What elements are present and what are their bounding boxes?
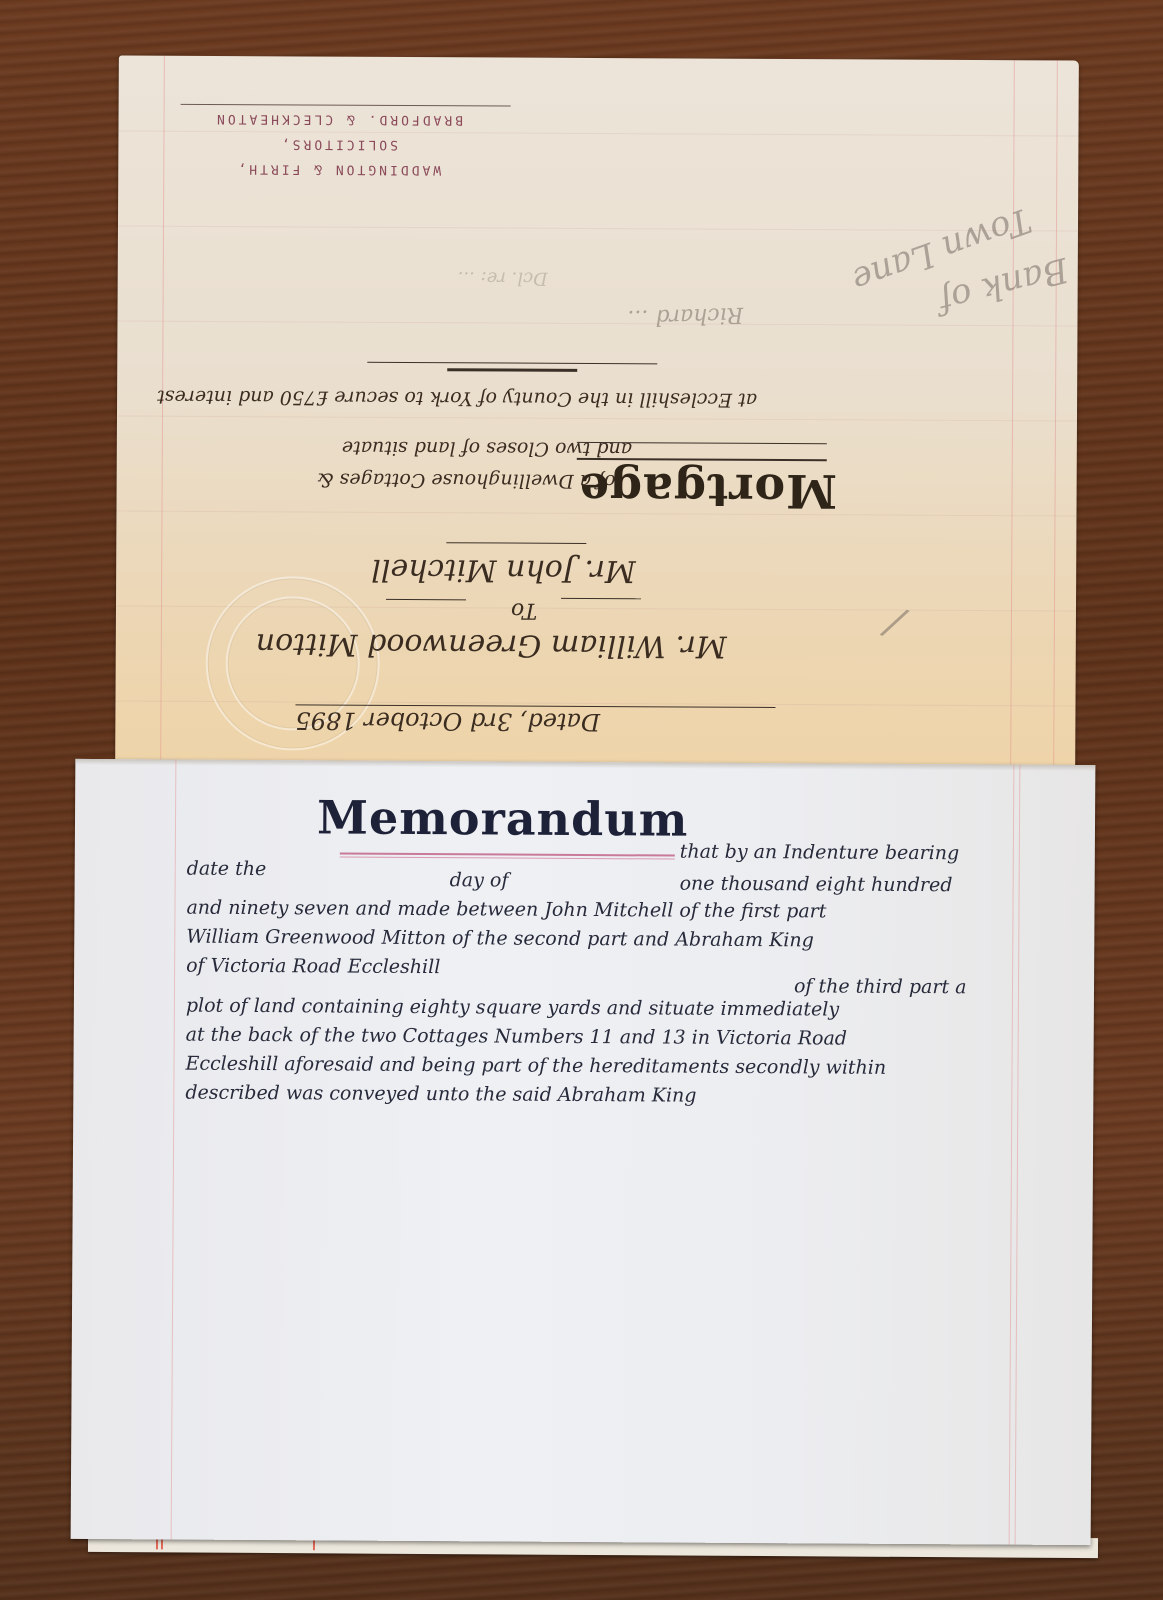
memo-line: of Victoria Road Eccleshill (186, 955, 440, 979)
divider-line (367, 362, 657, 365)
ruling-line (117, 415, 1077, 421)
description-line: of a Dwellinghouse Cottages & (317, 469, 616, 493)
document-type-title: Mortgage (578, 463, 837, 518)
title-rule (577, 458, 827, 461)
divider-line (561, 598, 641, 599)
endorsement-panel: WADDINGTON & FIRTH, SOLICITORS, BRADFORD… (115, 55, 1079, 775)
divider-line (446, 542, 586, 544)
title-underline (340, 857, 675, 860)
memo-line: that by an Indenture bearing (680, 841, 959, 865)
memo-line: date the (187, 858, 267, 880)
letterhead-profession: SOLICITORS, (193, 131, 483, 158)
description-line: at Eccleshill in the County of York to s… (157, 386, 757, 411)
memo-line: of the third part a (794, 975, 967, 998)
margin-rule (160, 56, 165, 771)
letterhead-firm: WADDINGTON & FIRTH, (193, 156, 483, 183)
pencil-note: Dcl. re: ... (458, 267, 548, 288)
margin-rule (171, 760, 177, 1540)
memo-line: one thousand eight hundred (680, 873, 953, 897)
margin-rule (1009, 765, 1015, 1545)
pencil-check-mark: / (880, 599, 909, 647)
memorandum-title: Memorandum (317, 790, 689, 846)
party-to: Mr. John Mitchell (371, 552, 636, 588)
memo-line: plot of land containing eighty square ya… (186, 995, 839, 1021)
to-label: To (511, 598, 537, 623)
memo-line: William Greenwood Mitton of the second p… (186, 926, 814, 952)
divider-line-thick (447, 368, 577, 372)
party-from: Mr. William Greenwood Mitton (256, 626, 727, 663)
margin-rule (1010, 60, 1015, 775)
dated-line: Dated, 3rd October 1895 (295, 706, 600, 736)
margin-rule (1053, 60, 1058, 775)
memo-line: at the back of the two Cottages Numbers … (186, 1024, 847, 1050)
memo-line: day of (450, 869, 509, 891)
pencil-note: Richard ... (627, 302, 743, 330)
memo-line: and ninety seven and made between John M… (186, 897, 826, 923)
ruling-line (117, 320, 1077, 326)
letterhead: WADDINGTON & FIRTH, SOLICITORS, BRADFORD… (193, 106, 483, 183)
letterhead-location: BRADFORD. & CLECKHEATON (193, 106, 483, 133)
memo-line: Eccleshill aforesaid and being part of t… (185, 1053, 886, 1079)
description-line: and two Closes of land situate (342, 437, 632, 461)
memorandum-panel: Memorandum that by an Indenture bearing … (71, 759, 1096, 1545)
margin-rule (1015, 765, 1021, 1545)
memo-line: described was conveyed unto the said Abr… (185, 1082, 696, 1107)
divider-line (386, 599, 466, 600)
